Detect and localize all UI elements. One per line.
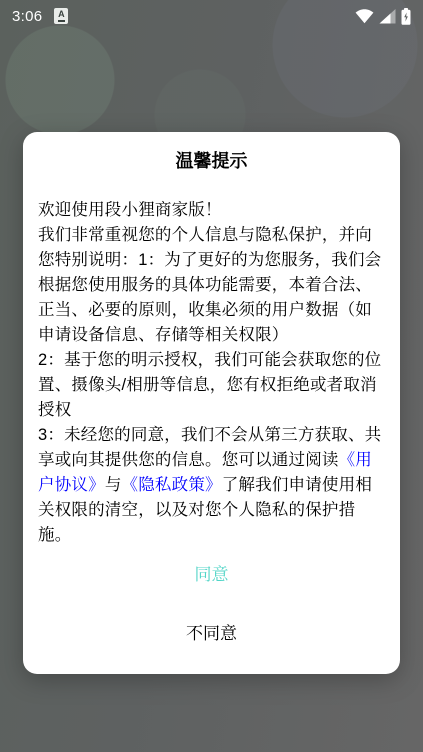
status-time: 3:06	[12, 8, 42, 25]
point-3-conjunction: 与	[105, 476, 122, 494]
privacy-policy-link[interactable]: 《隐私政策》	[122, 476, 222, 494]
disagree-button[interactable]: 不同意	[38, 623, 385, 644]
battery-charging-icon	[401, 8, 411, 25]
wifi-icon	[355, 9, 374, 24]
agree-button[interactable]: 同意	[38, 564, 385, 585]
phone-screen: 3:06 A 温馨提示 欢迎使用段小狸商家版！ 我们非常重	[0, 0, 423, 752]
paragraph-point-3: 3：未经您的同意，我们不会从第三方获取、共享或向其提供您的信息。您可以通过阅读《…	[38, 423, 385, 548]
dialog-body: 欢迎使用段小狸商家版！ 我们非常重视您的个人信息与隐私保护，并向您特别说明：1：…	[38, 198, 385, 548]
status-bar-left: 3:06 A	[12, 8, 68, 25]
status-bar: 3:06 A	[0, 0, 423, 32]
status-bar-right	[355, 8, 411, 25]
notification-app-icon-letter: A	[58, 10, 65, 19]
notification-app-icon: A	[54, 8, 68, 24]
paragraph-point-2: 2：基于您的明示授权，我们可能会获取您的位置、摄像头/相册等信息，您有权拒绝或者…	[38, 348, 385, 423]
paragraph-point-1: 我们非常重视您的个人信息与隐私保护，并向您特别说明：1：为了更好的为您服务，我们…	[38, 223, 385, 348]
privacy-dialog: 温馨提示 欢迎使用段小狸商家版！ 我们非常重视您的个人信息与隐私保护，并向您特别…	[23, 132, 400, 674]
paragraph-welcome: 欢迎使用段小狸商家版！	[38, 198, 385, 223]
dialog-title: 温馨提示	[38, 150, 385, 172]
point-3-text: 3：未经您的同意，我们不会从第三方获取、共享或向其提供您的信息。您可以通过阅读	[38, 426, 381, 469]
notification-app-icon-underline	[58, 20, 65, 22]
cell-signal-icon	[379, 9, 396, 24]
